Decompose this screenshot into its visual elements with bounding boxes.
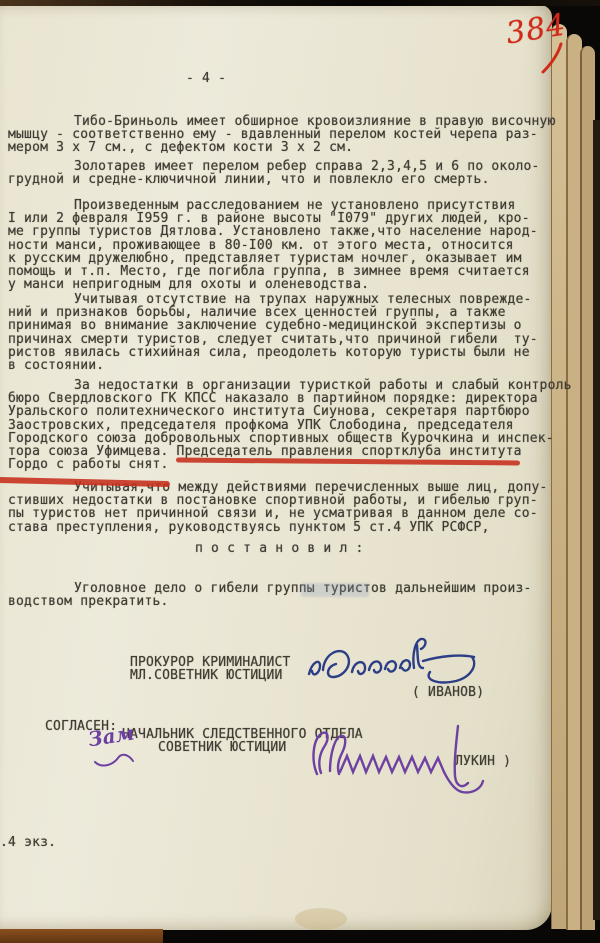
approver-name: ЛУКИН ) <box>455 755 511 768</box>
paragraph-no-crime-found: Учитывая,что между действиями перечислен… <box>8 481 548 534</box>
prosecutor-title: ПРОКУРОР КРИМИНАЛИСТ МЛ.СОВЕТНИК ЮСТИЦИИ <box>130 656 291 682</box>
photo-top-edge <box>0 0 600 6</box>
typed-page-number: - 4 - <box>186 72 226 85</box>
paragraph-investigation-findings: Произведенным расследованием не установл… <box>8 199 538 291</box>
approver-title-line2: СОВЕТНИК ЮСТИЦИИ <box>158 741 286 754</box>
paragraph-cause-of-death: Учитывая отсутствие на трупах наружных т… <box>8 293 538 372</box>
document-scan: - 4 - Тибо-Бриньоль имеет обширное крово… <box>0 0 600 943</box>
ink-smudge <box>301 583 369 597</box>
resolution-heading: п о с т а н о в и л : <box>195 542 364 555</box>
fore-edge-shadow <box>593 120 600 920</box>
photo-bottom-edge <box>0 929 163 943</box>
paragraph-case-closed: Уголовное дело о гибели группы туристов … <box>8 582 532 608</box>
paragraph-thibeaux-injury: Тибо-Бриньоль имеет обширное кровоизлиян… <box>8 115 556 155</box>
paragraph-zolotarev-injury: Золотарев имеет перелом ребер справа 2,3… <box>8 160 540 186</box>
copies-note: .4 экз. <box>0 836 56 849</box>
fore-edge-page-1 <box>551 24 567 929</box>
prosecutor-name: ( ИВАНОВ) <box>412 686 484 699</box>
